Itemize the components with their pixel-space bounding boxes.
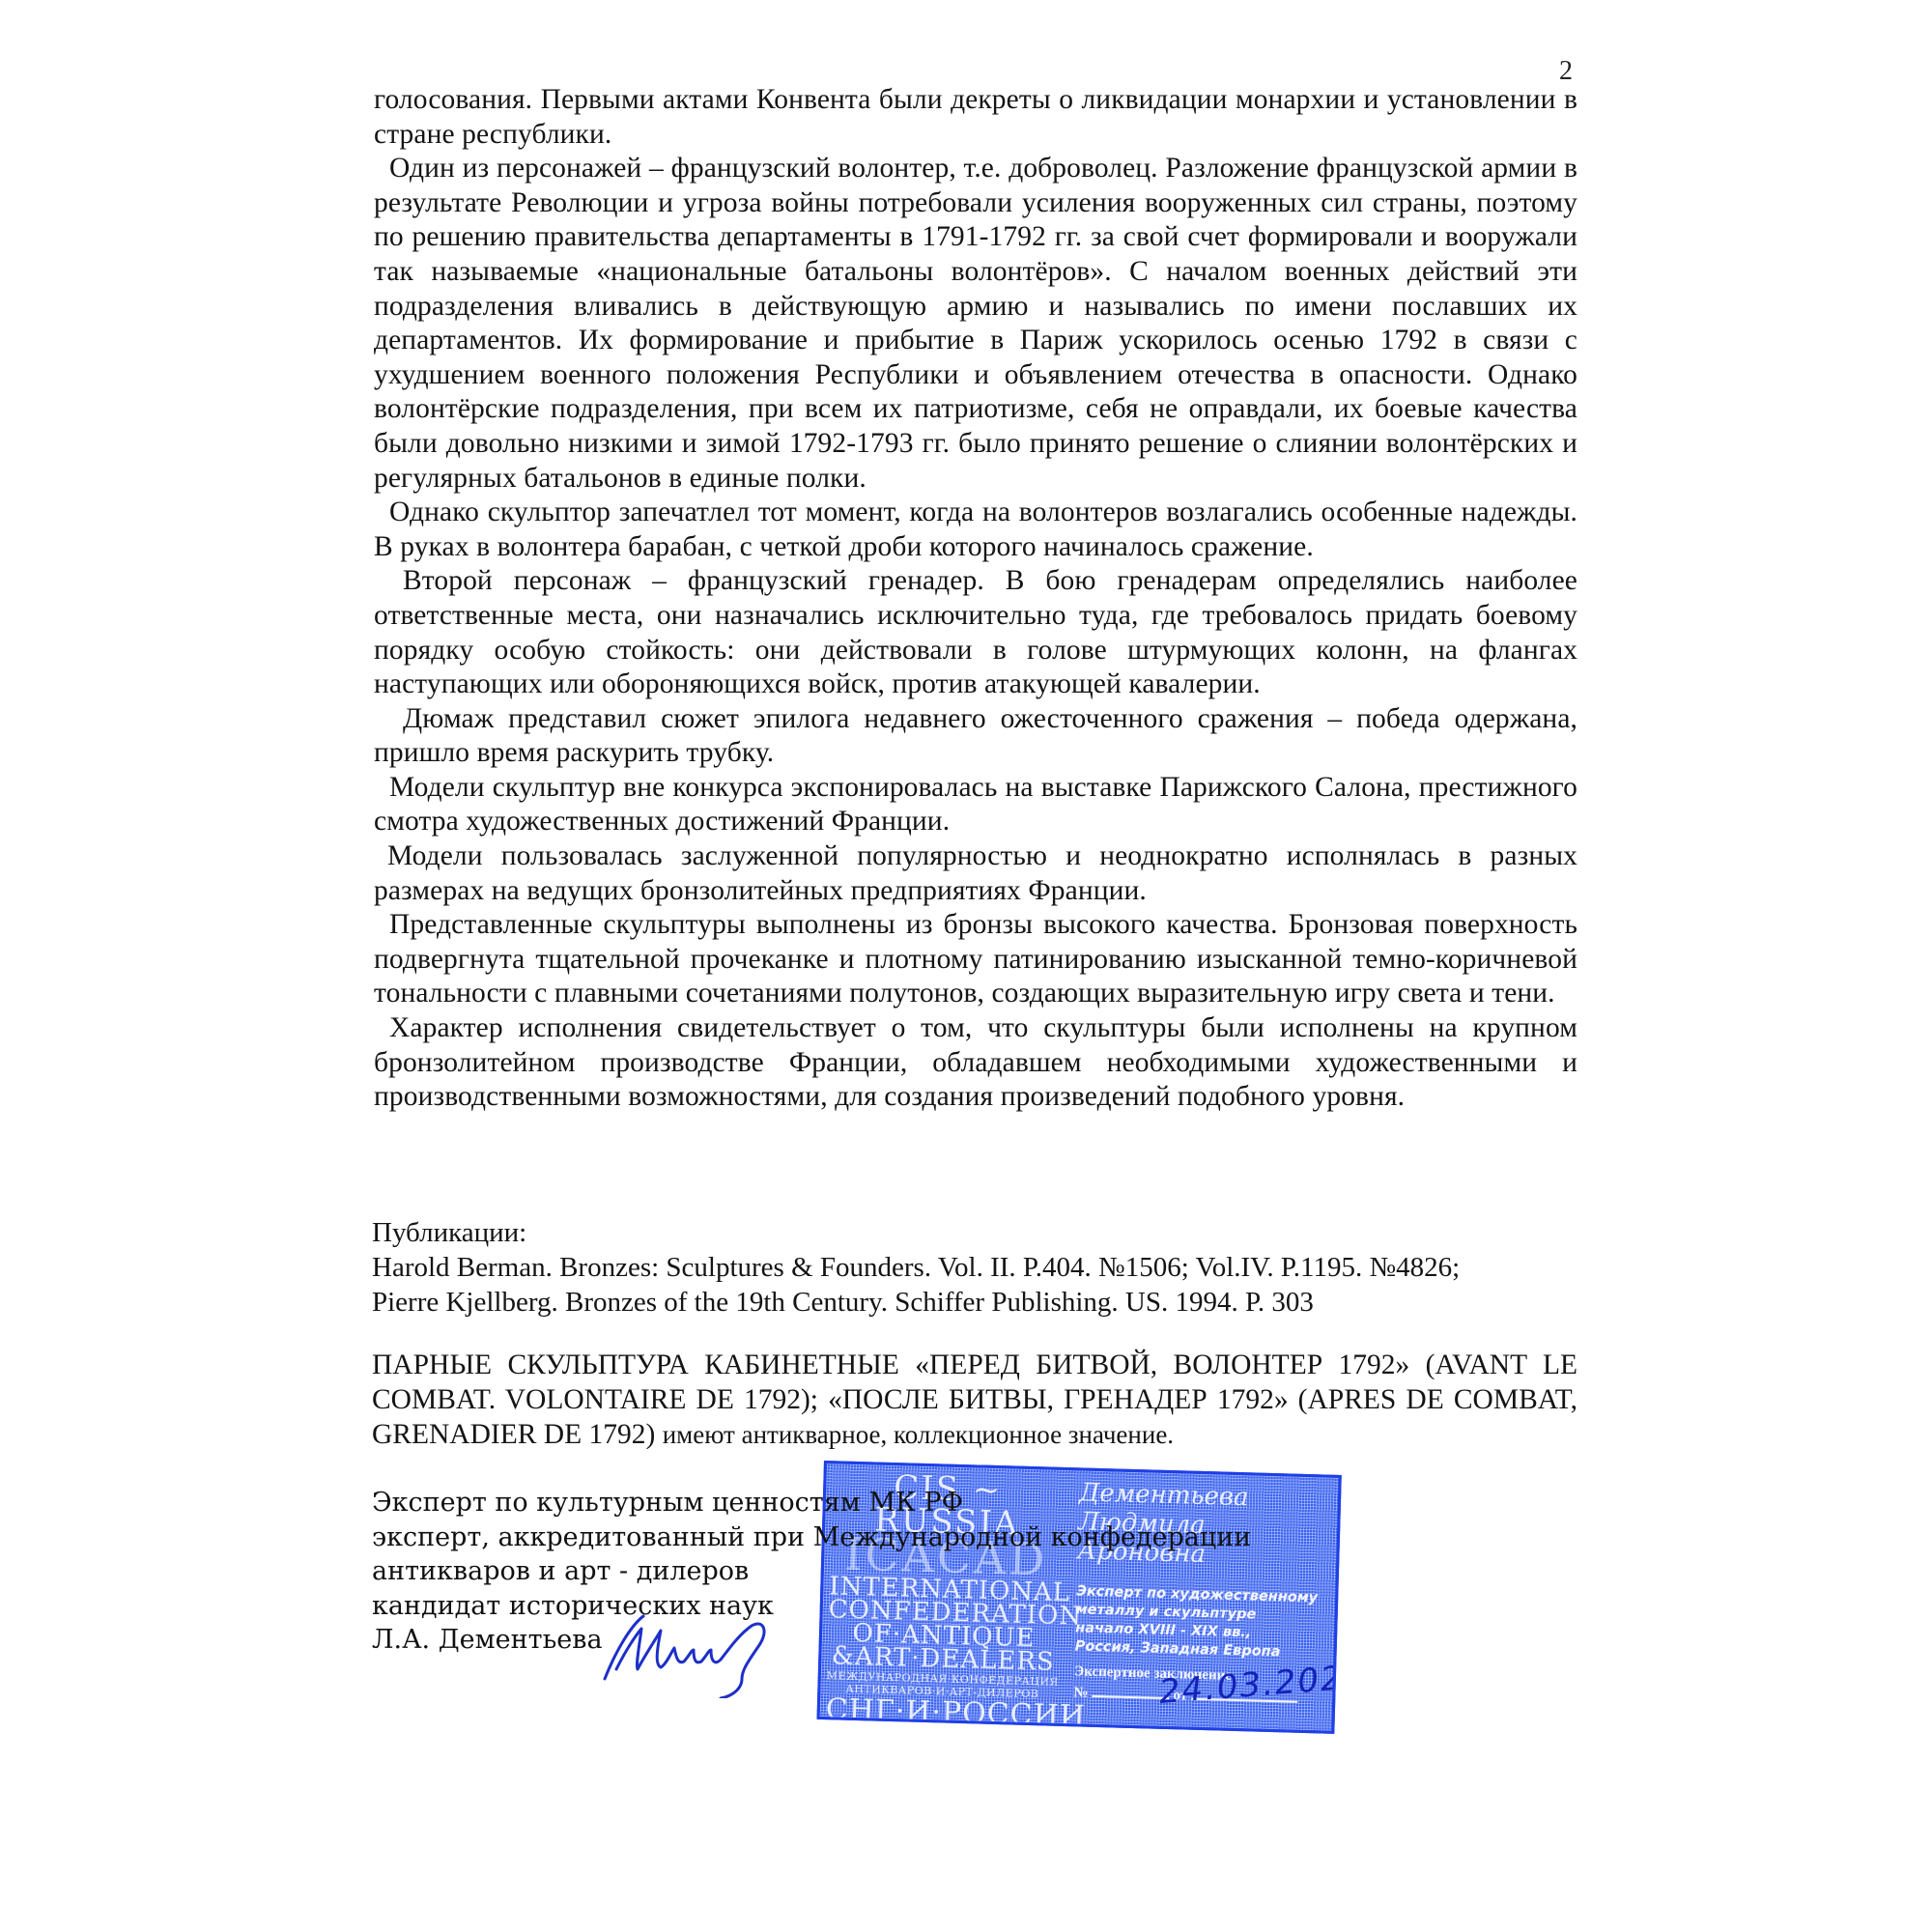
expert-signature-block: Эксперт по культурным ценностям МК РФ эк… <box>372 1486 1251 1658</box>
paragraph: Второй персонаж – французский гренадер. … <box>374 564 1577 701</box>
publication-item: Harold Berman. Bronzes: Sculptures & Fou… <box>372 1250 1589 1285</box>
conclusion: ПАРНЫЕ СКУЛЬПТУРА КАБИНЕТНЫЕ «ПЕРЕД БИТВ… <box>372 1348 1577 1452</box>
expert-name: Л.А. Дементьева <box>372 1623 1251 1658</box>
paragraph: Характер исполнения свидетельствует о то… <box>374 1011 1577 1115</box>
conclusion-tail: имеют антикварное, коллекционное значени… <box>663 1420 1174 1449</box>
expert-line: антикваров и арт - дилеров <box>372 1554 1251 1589</box>
paragraph: Однако скульптор запечатлел тот момент, … <box>374 496 1577 564</box>
expert-line: кандидат исторических наук <box>372 1589 1251 1624</box>
paragraph: Дюмаж представил сюжет эпилога недавнего… <box>374 702 1577 771</box>
paragraph: Один из персонажей – французский волонте… <box>374 152 1577 496</box>
paragraph: Модели скульптур вне конкурса экспониров… <box>374 771 1577 839</box>
paragraph: Модели пользовалась заслуженной популярн… <box>374 839 1577 908</box>
logo-line: СНГ·И·РОССИИ <box>825 1695 1058 1731</box>
number-label: № <box>1073 1685 1089 1700</box>
expert-line: эксперт, аккредитованный при Международн… <box>372 1520 1251 1555</box>
paragraph: голосования. Первыми актами Конвента был… <box>374 83 1577 152</box>
body-text: голосования. Первыми актами Конвента был… <box>374 83 1577 1115</box>
paragraph: Представленные скульптуры выполнены из б… <box>374 908 1577 1011</box>
handwritten-signature <box>597 1611 790 1698</box>
publications: Публикации: Harold Berman. Bronzes: Scul… <box>372 1215 1589 1320</box>
publications-heading: Публикации: <box>372 1215 1589 1250</box>
handwritten-date: 24.03.2021 <box>1157 1658 1341 1712</box>
publication-item: Pierre Kjellberg. Bronzes of the 19th Ce… <box>372 1285 1589 1320</box>
document-page: 2 голосования. Первыми актами Конвента б… <box>0 0 1932 1932</box>
expert-line: Эксперт по культурным ценностям МК РФ <box>372 1486 1251 1520</box>
